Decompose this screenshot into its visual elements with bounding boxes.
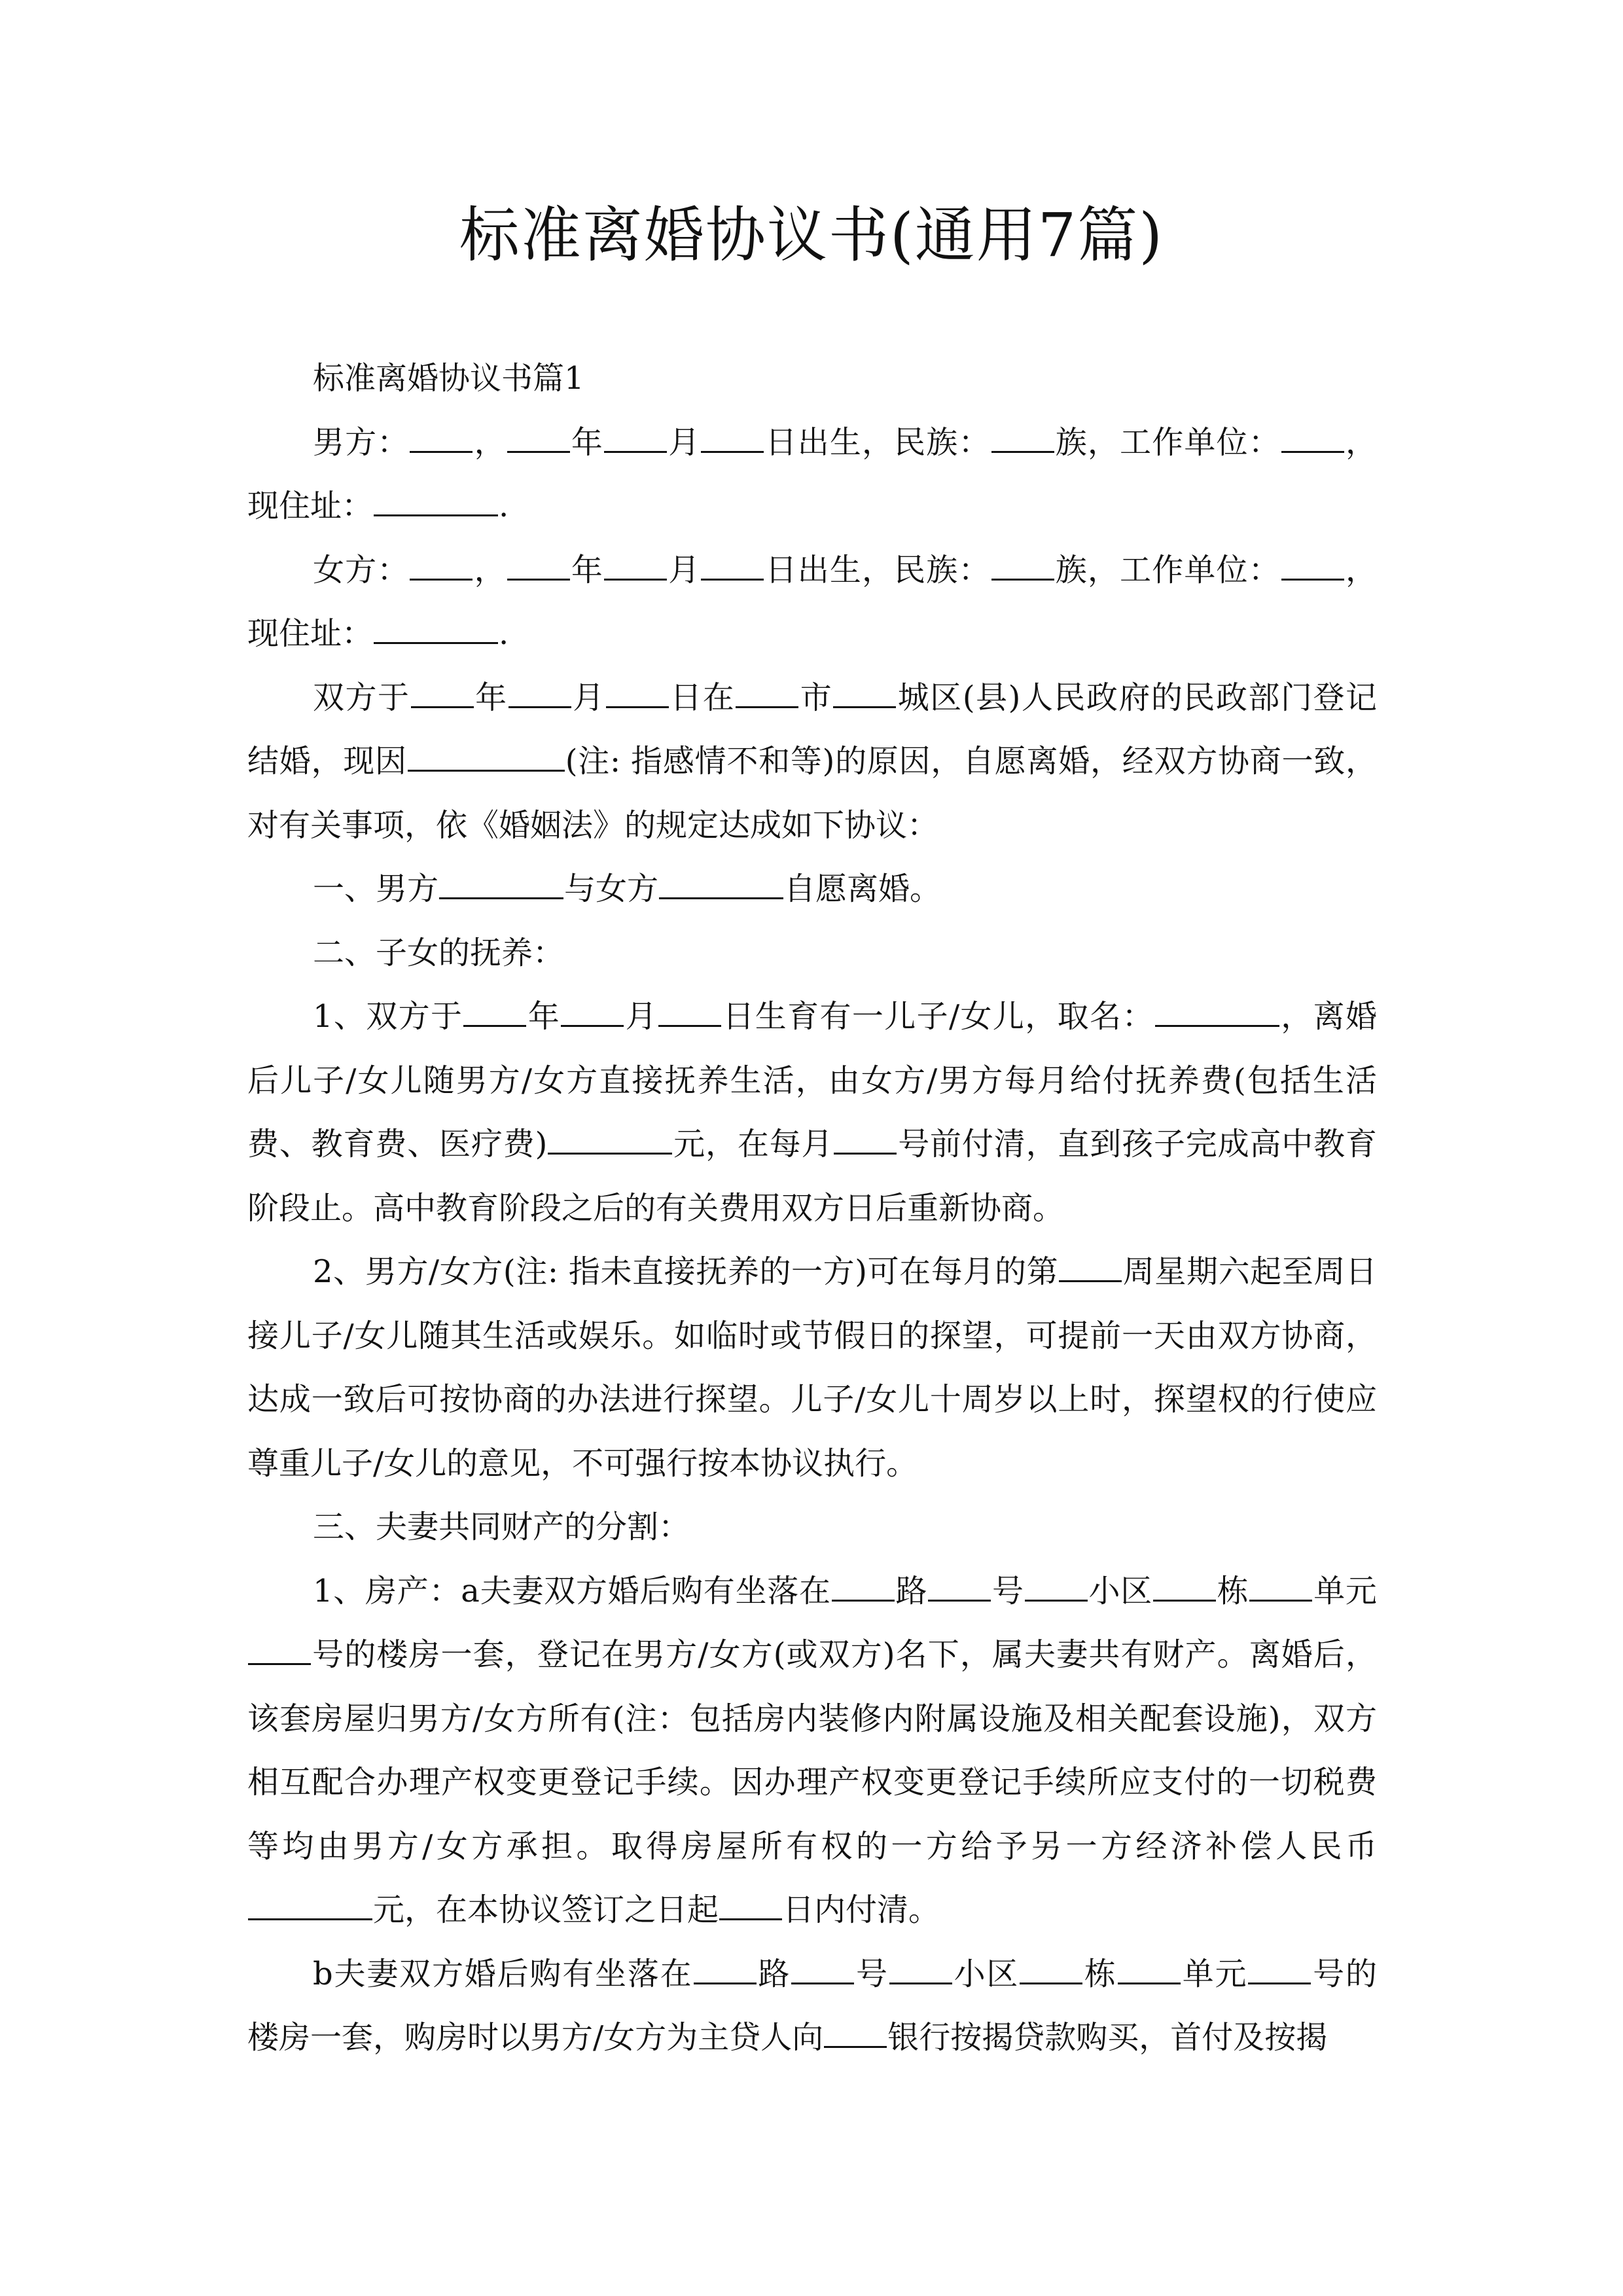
paragraph-marriage-registration: 双方于年月日在市城区(县)人民政府的民政部门登记结婚，现因(注: 指感情不和等)… [247,666,1377,858]
section-heading: 标准离婚协议书篇1 [247,347,1377,411]
blank-field [824,2015,887,2048]
blank-field [1281,547,1344,581]
blank-field [832,1568,895,1602]
blank-field [508,675,571,708]
blank-field [374,483,498,516]
blank-field [1281,420,1344,453]
clause-3-house-a: 1、房产：a夫妻双方婚后购有坐落在路号小区栋单元号的楼房一套，登记在男方/女方(… [247,1560,1377,1943]
clause-3-heading: 三、夫妻共同财产的分割： [247,1496,1377,1560]
blank-field [658,994,721,1027]
clause-2-child-custody: 1、双方于年月日生育有一儿子/女儿，取名：，离婚后儿子/女儿随男方/女方直接抚养… [247,985,1377,1240]
blank-field [410,420,473,453]
blank-field [928,1568,991,1602]
blank-field [507,420,570,453]
paragraph-male-info: 男方：，年月日出生，民族：族，工作单位：，现住址：. [247,411,1377,539]
clause-2-heading: 二、子女的抚养： [247,922,1377,986]
blank-field [411,675,474,708]
blank-field [1249,1568,1312,1602]
blank-field [889,1951,952,1984]
blank-field [834,1121,897,1155]
blank-field [439,866,563,899]
blank-field [694,1951,757,1984]
blank-field [659,866,783,899]
blank-field [548,1121,672,1155]
blank-field [1118,1951,1181,1984]
blank-field [410,547,473,581]
blank-field [1020,1951,1082,1984]
blank-field [561,994,624,1027]
blank-field [701,420,764,453]
blank-field [736,675,798,708]
blank-field [1248,1951,1311,1984]
document-body: 标准离婚协议书篇1 男方：，年月日出生，民族：族，工作单位：，现住址：. 女方：… [247,347,1377,2070]
blank-field [1059,1249,1122,1282]
blank-field [1025,1568,1088,1602]
blank-field [1153,1568,1216,1602]
blank-field [1155,994,1279,1027]
blank-field [248,1887,372,1920]
blank-field [719,1887,782,1920]
blank-field [248,1632,311,1665]
clause-1-divorce: 一、男方与女方自愿离婚。 [247,857,1377,922]
clause-2-visitation: 2、男方/女方(注: 指未直接抚养的一方)可在每月的第周星期六起至周日接儿子/女… [247,1240,1377,1496]
blank-field [507,547,570,581]
paragraph-female-info: 女方：，年月日出生，民族：族，工作单位：，现住址：. [247,539,1377,666]
blank-field [791,1951,854,1984]
blank-field [604,547,667,581]
document-page: 标准离婚协议书(通用7篇) 标准离婚协议书篇1 男方：，年月日出生，民族：族，工… [0,0,1623,2296]
blank-field [463,994,526,1027]
blank-field [374,611,498,644]
document-title: 标准离婚协议书(通用7篇) [0,196,1623,275]
blank-field [606,675,669,708]
blank-field [604,420,667,453]
blank-field [408,738,565,772]
blank-field [701,547,764,581]
blank-field [991,547,1054,581]
blank-field [833,675,896,708]
blank-field [991,420,1054,453]
clause-3-house-b: b夫妻双方婚后购有坐落在路号小区栋单元号的楼房一套，购房时以男方/女方为主贷人向… [247,1943,1377,2070]
